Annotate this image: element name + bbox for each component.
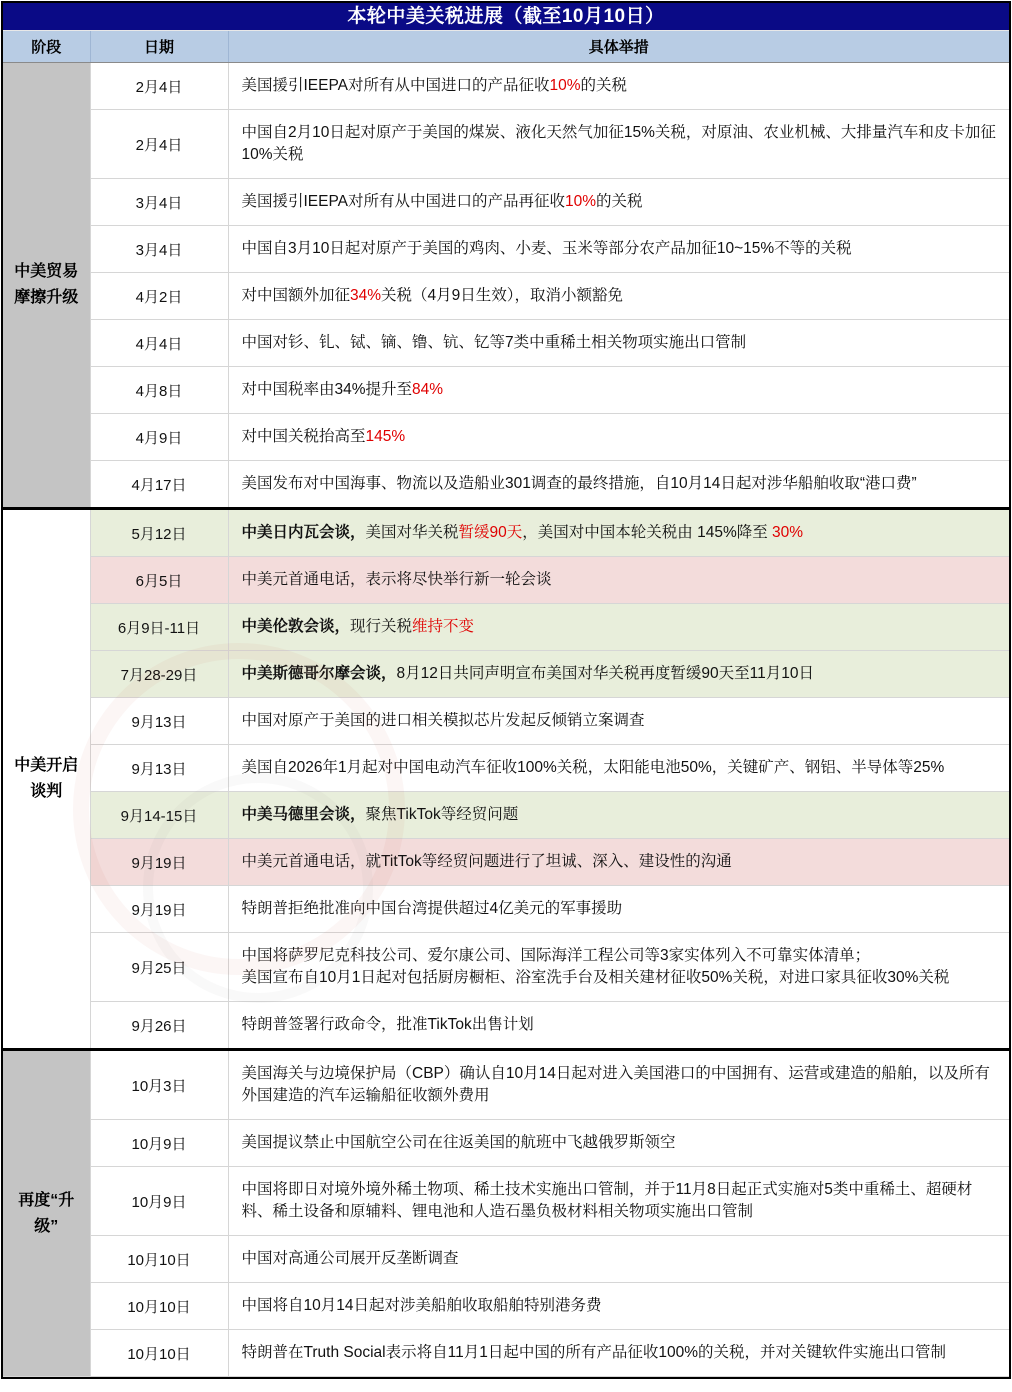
date-cell: 9月19日	[90, 839, 228, 886]
table-row: 4月17日美国发布对中国海事、物流以及造船业301调查的最终措施，自10月14日…	[3, 461, 1009, 509]
measure-text: 现行关税	[350, 618, 412, 635]
tariff-table: 阶段 日期 具体举措 中美贸易摩擦升级2月4日美国援引IEEPA对所有从中国进口…	[3, 31, 1009, 1377]
table-row: 4月9日对中国关税抬高至145%	[3, 414, 1009, 461]
measure-text: 特朗普拒绝批准向中国台湾提供超过4亿美元的军事援助	[242, 900, 623, 917]
date-cell: 4月4日	[90, 320, 228, 367]
measure-cell: 对中国税率由34%提升至84%	[228, 367, 1009, 414]
stage-cell: 再度“升级”	[3, 1050, 90, 1377]
table-row: 4月8日对中国税率由34%提升至84%	[3, 367, 1009, 414]
measure-text: 对中国关税抬高至	[242, 428, 366, 445]
measure-cell: 中美斯德哥尔摩会谈，8月12日共同声明宣布美国对华关税再度暂缓90天至11月10…	[228, 651, 1009, 698]
highlight-red-text: 30%	[772, 524, 803, 541]
stage-cell: 中美开启谈判	[3, 509, 90, 1050]
measure-cell: 中美元首通电话，表示将尽快举行新一轮会谈	[228, 557, 1009, 604]
measure-cell: 中国将自10月14日起对涉美船舶收取船舶特别港务费	[228, 1283, 1009, 1330]
measure-cell: 中国自3月10日起对原产于美国的鸡肉、小麦、玉米等部分农产品加征10~15%不等…	[228, 226, 1009, 273]
table-row: 9月26日特朗普签署行政命令，批准TikTok出售计划	[3, 1002, 1009, 1050]
measure-text: 中国对钐、钆、铽、镝、镥、钪、钇等7类中重稀土相关物项实施出口管制	[242, 334, 747, 351]
page-title: 本轮中美关税进展（截至10月10日）	[3, 3, 1009, 31]
date-cell: 5月12日	[90, 509, 228, 557]
date-cell: 3月4日	[90, 226, 228, 273]
measure-text: 中美元首通电话，就TitTok等经贸问题进行了坦诚、深入、建设性的沟通	[242, 853, 732, 870]
table-row: 9月19日中美元首通电话，就TitTok等经贸问题进行了坦诚、深入、建设性的沟通	[3, 839, 1009, 886]
date-cell: 10月10日	[90, 1236, 228, 1283]
measure-text: 美国提议禁止中国航空公司在往返美国的航班中飞越俄罗斯领空	[242, 1134, 676, 1151]
table-row: 10月10日特朗普在Truth Social表示将自11月1日起中国的所有产品征…	[3, 1330, 1009, 1377]
table-row: 9月19日特朗普拒绝批准向中国台湾提供超过4亿美元的军事援助	[3, 886, 1009, 933]
measure-cell: 美国援引IEEPA对所有从中国进口的产品征收10%的关税	[228, 63, 1009, 110]
measure-text: 美国发布对中国海事、物流以及造船业301调查的最终措施，自10月14日起对涉华船…	[242, 475, 917, 492]
date-cell: 6月9日-11日	[90, 604, 228, 651]
date-cell: 3月4日	[90, 179, 228, 226]
meeting-name-text: 中美伦敦会谈，	[242, 618, 351, 635]
measure-text: 中国对原产于美国的进口相关模拟芯片发起反倾销立案调查	[242, 712, 645, 729]
measure-text: 对中国额外加征	[242, 287, 351, 304]
highlight-red-text: 84%	[412, 381, 443, 398]
table-row: 10月9日美国提议禁止中国航空公司在往返美国的航班中飞越俄罗斯领空	[3, 1120, 1009, 1167]
date-cell: 10月9日	[90, 1120, 228, 1167]
date-cell: 9月14-15日	[90, 792, 228, 839]
date-cell: 9月13日	[90, 745, 228, 792]
measure-cell: 中美伦敦会谈，现行关税维持不变	[228, 604, 1009, 651]
measure-cell: 中美元首通电话，就TitTok等经贸问题进行了坦诚、深入、建设性的沟通	[228, 839, 1009, 886]
table-row: 3月4日美国援引IEEPA对所有从中国进口的产品再征收10%的关税	[3, 179, 1009, 226]
measure-cell: 中国将即日对境外境外稀土物项、稀土技术实施出口管制，并于11月8日起正式实施对5…	[228, 1167, 1009, 1236]
measure-text: ，美国对中国本轮关税由 145%降至	[522, 524, 772, 541]
measure-text: 美国援引IEEPA对所有从中国进口的产品征收	[242, 77, 550, 94]
measure-text: 美国自2026年1月起对中国电动汽车征收100%关税，太阳能电池50%，关键矿产…	[242, 759, 945, 776]
table-row: 10月10日中国对高通公司展开反垄断调查	[3, 1236, 1009, 1283]
measure-cell: 美国海关与边境保护局（CBP）确认自10月14日起对进入美国港口的中国拥有、运营…	[228, 1050, 1009, 1120]
measure-text: 美国对华关税	[366, 524, 459, 541]
measure-text: 中国自2月10日起对原产于美国的煤炭、液化天然气加征15%关税，对原油、农业机械…	[242, 124, 996, 163]
measure-text: 美国海关与边境保护局（CBP）确认自10月14日起对进入美国港口的中国拥有、运营…	[242, 1065, 990, 1104]
measure-cell: 美国提议禁止中国航空公司在往返美国的航班中飞越俄罗斯领空	[228, 1120, 1009, 1167]
date-cell: 6月5日	[90, 557, 228, 604]
column-header-date: 日期	[90, 31, 228, 63]
measure-text: 对中国税率由34%提升至	[242, 381, 413, 398]
measure-cell: 特朗普在Truth Social表示将自11月1日起中国的所有产品征收100%的…	[228, 1330, 1009, 1377]
measure-text: 特朗普签署行政命令，批准TikTok出售计划	[242, 1016, 534, 1033]
measure-cell: 对中国额外加征34%关税（4月9日生效），取消小额豁免	[228, 273, 1009, 320]
date-cell: 4月9日	[90, 414, 228, 461]
column-header-stage: 阶段	[3, 31, 90, 63]
measure-text: 关税（4月9日生效），取消小额豁免	[381, 287, 623, 304]
table-row: 9月13日中国对原产于美国的进口相关模拟芯片发起反倾销立案调查	[3, 698, 1009, 745]
highlight-red-text: 10%	[565, 193, 596, 210]
date-cell: 10月10日	[90, 1283, 228, 1330]
table-body: 中美贸易摩擦升级2月4日美国援引IEEPA对所有从中国进口的产品征收10%的关税…	[3, 63, 1009, 1377]
table-row: 9月13日美国自2026年1月起对中国电动汽车征收100%关税，太阳能电池50%…	[3, 745, 1009, 792]
table-row: 6月9日-11日中美伦敦会谈，现行关税维持不变	[3, 604, 1009, 651]
measure-text: 8月12日共同声明宣布美国对华关税再度暂缓90天至11月10日	[397, 665, 814, 682]
tariff-progress-table: 本轮中美关税进展（截至10月10日） 阶段 日期 具体举措 中美贸易摩擦升级2月…	[1, 1, 1011, 1379]
measure-cell: 美国发布对中国海事、物流以及造船业301调查的最终措施，自10月14日起对涉华船…	[228, 461, 1009, 509]
table-row: 9月25日中国将萨罗尼克科技公司、爱尔康公司、国际海洋工程公司等3家实体列入不可…	[3, 933, 1009, 1002]
measure-text: 中国将自10月14日起对涉美船舶收取船舶特别港务费	[242, 1297, 602, 1314]
date-cell: 4月2日	[90, 273, 228, 320]
date-cell: 9月25日	[90, 933, 228, 1002]
meeting-name-text: 中美马德里会谈，	[242, 806, 366, 823]
date-cell: 7月28-29日	[90, 651, 228, 698]
table-row: 再度“升级”10月3日美国海关与边境保护局（CBP）确认自10月14日起对进入美…	[3, 1050, 1009, 1120]
measure-cell: 特朗普签署行政命令，批准TikTok出售计划	[228, 1002, 1009, 1050]
measure-cell: 中国对钐、钆、铽、镝、镥、钪、钇等7类中重稀土相关物项实施出口管制	[228, 320, 1009, 367]
measure-cell: 特朗普拒绝批准向中国台湾提供超过4亿美元的军事援助	[228, 886, 1009, 933]
table-row: 4月4日中国对钐、钆、铽、镝、镥、钪、钇等7类中重稀土相关物项实施出口管制	[3, 320, 1009, 367]
measure-text: 中国对高通公司展开反垄断调查	[242, 1250, 459, 1267]
table-row: 3月4日中国自3月10日起对原产于美国的鸡肉、小麦、玉米等部分农产品加征10~1…	[3, 226, 1009, 273]
highlight-red-text: 暂缓90天	[459, 524, 523, 541]
measure-cell: 对中国关税抬高至145%	[228, 414, 1009, 461]
measure-text: 中国将即日对境外境外稀土物项、稀土技术实施出口管制，并于11月8日起正式实施对5…	[242, 1181, 973, 1220]
measure-text: 中美元首通电话，表示将尽快举行新一轮会谈	[242, 571, 552, 588]
column-header-measure: 具体举措	[228, 31, 1009, 63]
measure-text: 聚焦TikTok等经贸问题	[366, 806, 519, 823]
measure-cell: 中国对高通公司展开反垄断调查	[228, 1236, 1009, 1283]
date-cell: 9月13日	[90, 698, 228, 745]
table-row: 7月28-29日中美斯德哥尔摩会谈，8月12日共同声明宣布美国对华关税再度暂缓9…	[3, 651, 1009, 698]
table-row: 中美贸易摩擦升级2月4日美国援引IEEPA对所有从中国进口的产品征收10%的关税	[3, 63, 1009, 110]
meeting-name-text: 中美日内瓦会谈，	[242, 524, 366, 541]
measure-text: 特朗普在Truth Social表示将自11月1日起中国的所有产品征收100%的…	[242, 1344, 946, 1361]
highlight-red-text: 10%	[550, 77, 581, 94]
date-cell: 10月9日	[90, 1167, 228, 1236]
measure-cell: 美国自2026年1月起对中国电动汽车征收100%关税，太阳能电池50%，关键矿产…	[228, 745, 1009, 792]
date-cell: 4月17日	[90, 461, 228, 509]
table-row: 2月4日中国自2月10日起对原产于美国的煤炭、液化天然气加征15%关税，对原油、…	[3, 110, 1009, 179]
measure-text: 美国援引IEEPA对所有从中国进口的产品再征收	[242, 193, 566, 210]
table-row: 6月5日中美元首通电话，表示将尽快举行新一轮会谈	[3, 557, 1009, 604]
stage-cell: 中美贸易摩擦升级	[3, 63, 90, 509]
date-cell: 9月26日	[90, 1002, 228, 1050]
date-cell: 10月10日	[90, 1330, 228, 1377]
measure-text: 中国将萨罗尼克科技公司、爱尔康公司、国际海洋工程公司等3家实体列入不可靠实体清单…	[242, 947, 950, 986]
measure-text: 的关税	[596, 193, 643, 210]
measure-cell: 中国对原产于美国的进口相关模拟芯片发起反倾销立案调查	[228, 698, 1009, 745]
date-cell: 2月4日	[90, 110, 228, 179]
table-row: 9月14-15日中美马德里会谈，聚焦TikTok等经贸问题	[3, 792, 1009, 839]
date-cell: 4月8日	[90, 367, 228, 414]
table-row: 10月9日中国将即日对境外境外稀土物项、稀土技术实施出口管制，并于11月8日起正…	[3, 1167, 1009, 1236]
table-row: 10月10日中国将自10月14日起对涉美船舶收取船舶特别港务费	[3, 1283, 1009, 1330]
header-row: 阶段 日期 具体举措	[3, 31, 1009, 63]
highlight-red-text: 34%	[350, 287, 381, 304]
measure-cell: 中国将萨罗尼克科技公司、爱尔康公司、国际海洋工程公司等3家实体列入不可靠实体清单…	[228, 933, 1009, 1002]
date-cell: 9月19日	[90, 886, 228, 933]
measure-cell: 中美日内瓦会谈，美国对华关税暂缓90天，美国对中国本轮关税由 145%降至 30…	[228, 509, 1009, 557]
highlight-red-text: 维持不变	[412, 618, 474, 635]
date-cell: 2月4日	[90, 63, 228, 110]
date-cell: 10月3日	[90, 1050, 228, 1120]
measure-cell: 中美马德里会谈，聚焦TikTok等经贸问题	[228, 792, 1009, 839]
measure-text: 中国自3月10日起对原产于美国的鸡肉、小麦、玉米等部分农产品加征10~15%不等…	[242, 240, 852, 257]
table-row: 4月2日对中国额外加征34%关税（4月9日生效），取消小额豁免	[3, 273, 1009, 320]
highlight-red-text: 145%	[366, 428, 406, 445]
measure-cell: 中国自2月10日起对原产于美国的煤炭、液化天然气加征15%关税，对原油、农业机械…	[228, 110, 1009, 179]
meeting-name-text: 中美斯德哥尔摩会谈，	[242, 665, 397, 682]
measure-text: 的关税	[581, 77, 628, 94]
measure-cell: 美国援引IEEPA对所有从中国进口的产品再征收10%的关税	[228, 179, 1009, 226]
table-row: 中美开启谈判5月12日中美日内瓦会谈，美国对华关税暂缓90天，美国对中国本轮关税…	[3, 509, 1009, 557]
